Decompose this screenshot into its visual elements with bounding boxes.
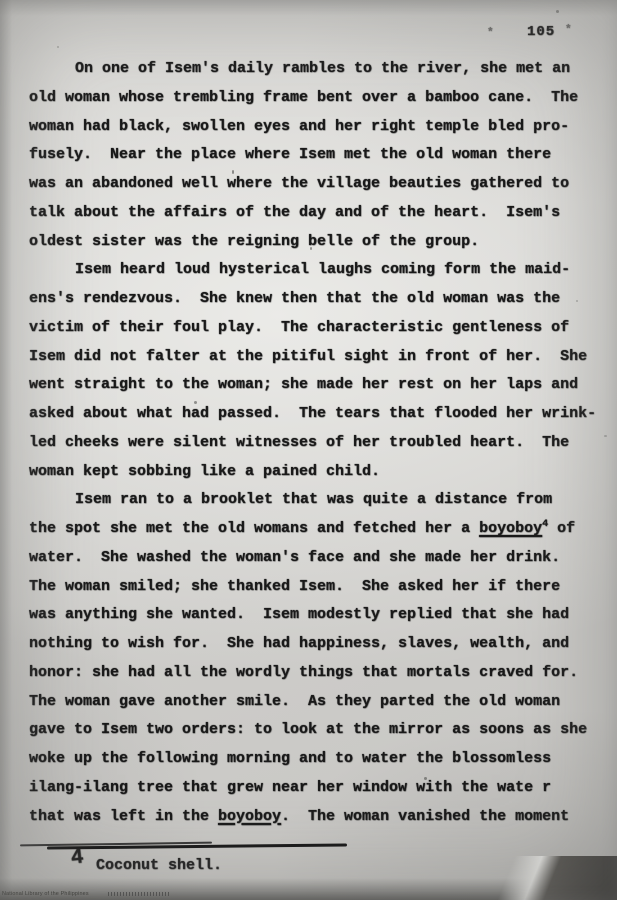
footer-library-microtext: National Library of the Philippines (2, 891, 89, 896)
underlined-term-boyoboy: boyoboy (479, 520, 542, 537)
speck (57, 46, 59, 48)
line-segment: . The woman vanished the moment (281, 808, 569, 825)
paragraph: Isem ran to a brooklet that was quite a … (29, 486, 601, 831)
speck (576, 300, 578, 302)
speck (604, 435, 607, 437)
typewritten-text-block: On one of Isem's daily rambles to the ri… (29, 55, 601, 831)
text-line: On one of Isem's daily rambles to the ri… (29, 55, 601, 84)
text-line: led cheeks were silent witnesses of her … (29, 429, 601, 458)
scan-footer: National Library of the Philippines (2, 889, 170, 898)
text-line: The woman smiled; she thanked Isem. She … (29, 573, 601, 602)
speck (310, 247, 312, 250)
text-line: water. She washed the woman's face and s… (29, 544, 601, 573)
text-line: was an abandoned well where the village … (29, 170, 601, 199)
text-line: woman had black, swollen eyes and her ri… (29, 113, 601, 142)
footer-illegible-mark (108, 892, 170, 896)
text-line: woman kept sobbing like a pained child. (29, 458, 601, 487)
text-line: Isem ran to a brooklet that was quite a … (29, 486, 601, 515)
scanned-manuscript-page: * 105 * On one of Isem's daily rambles t… (0, 0, 617, 900)
footnote-text: Coconut shell. (96, 857, 222, 874)
footnote-marker: 4 (70, 846, 85, 870)
page-corner-curl (442, 856, 617, 900)
text-line: that was left in the boyoboy. The woman … (29, 803, 601, 832)
text-line: ens's rendezvous. She knew then that the… (29, 285, 601, 314)
text-line: woke up the following morning and to wat… (29, 745, 601, 774)
text-line: honor: she had all the wordly things tha… (29, 659, 601, 688)
text-line: talk about the affairs of the day and of… (29, 199, 601, 228)
line-segment: of (548, 520, 575, 537)
text-line: gave to Isem two orders: to look at the … (29, 716, 601, 745)
text-line: Isem did not falter at the pitiful sight… (29, 343, 601, 372)
line-segment: that was left in the (29, 808, 218, 825)
text-line: the spot she met the old womans and fetc… (29, 515, 601, 544)
text-line: victim of their foul play. The character… (29, 314, 601, 343)
page-number: 105 (527, 24, 555, 40)
speck (424, 777, 427, 780)
stray-asterisk-mark: * (565, 24, 572, 36)
paragraph: On one of Isem's daily rambles to the ri… (29, 55, 601, 256)
scan-left-shadow (0, 0, 12, 900)
text-line: old woman whose trembling frame bent ove… (29, 84, 601, 113)
text-line: ilang-ilang tree that grew near her wind… (29, 774, 601, 803)
speck (118, 523, 120, 525)
text-line: went straight to the woman; she made her… (29, 371, 601, 400)
stray-asterisk-mark: * (487, 27, 494, 39)
text-line: fusely. Near the place where Isem met th… (29, 141, 601, 170)
line-segment: the spot she met the old womans and fetc… (29, 520, 479, 537)
underlined-term-boyoboy: boyoboy (218, 808, 281, 825)
scan-top-shadow (0, 0, 617, 16)
text-line: The woman gave another smile. As they pa… (29, 688, 601, 717)
paragraph: Isem heard loud hysterical laughs coming… (29, 256, 601, 486)
text-line: Isem heard loud hysterical laughs coming… (29, 256, 601, 285)
speck (232, 170, 234, 174)
text-line: asked about what had passed. The tears t… (29, 400, 601, 429)
speck (194, 401, 197, 404)
text-line: nothing to wish for. She had happiness, … (29, 630, 601, 659)
text-line: oldest sister was the reigning belle of … (29, 228, 601, 257)
text-line: was anything she wanted. Isem modestly r… (29, 601, 601, 630)
speck (556, 10, 559, 13)
